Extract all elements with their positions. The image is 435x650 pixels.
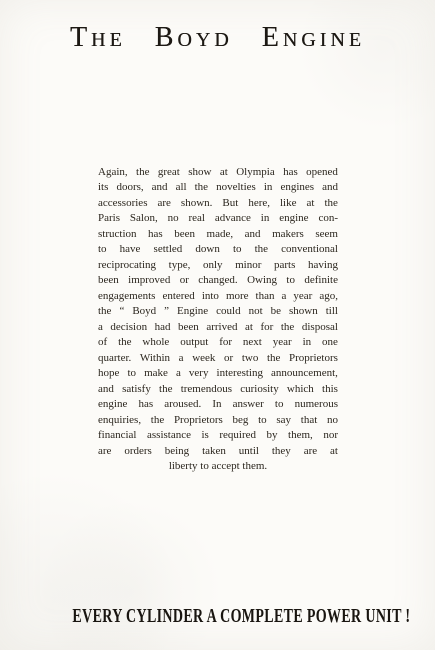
tagline: EVERY CYLINDER A COMPLETE POWER UNIT ! xyxy=(0,603,435,629)
paragraph-line: areordersbeingtakenuntiltheyareat xyxy=(98,444,338,460)
paragraph-line: engagementsenteredintomorethanayearago, xyxy=(98,289,338,305)
paragraph-line: quarter.WithinaweekortwotheProprietors xyxy=(98,351,338,367)
paragraph-line: the“Boyd”Enginecouldnotbeshowntill xyxy=(98,304,338,320)
paragraph-line: ofthewholeoutputfornextyearinone xyxy=(98,335,338,351)
paragraph-line: itsdoors,andallthenoveltiesinenginesand xyxy=(98,180,338,196)
paragraph-line: tohavesettleddowntotheconventional xyxy=(98,242,338,258)
paragraph-line: beenimprovedorchanged.Owingtodefinite xyxy=(98,273,338,289)
paragraph-line: andsatisfythetremendouscuriositywhichthi… xyxy=(98,382,338,398)
paragraph-line: Again,thegreatshowatOlympiahasopened xyxy=(98,165,338,181)
page-title: The Boyd Engine xyxy=(0,21,435,55)
paragraph-line: liberty to accept them. xyxy=(98,459,338,475)
paragraph-line: ParisSalon,norealadvanceinenginecon- xyxy=(98,211,338,227)
paragraph-line: accessoriesareshown.Buthere,likeatthe xyxy=(98,196,338,212)
paragraph-line: financialassistanceisrequiredbythem,nor xyxy=(98,428,338,444)
paragraph-line: reciprocatingtype,onlyminorpartshaving xyxy=(98,258,338,274)
advert-page: The Boyd Engine Again,thegreatshowatOlym… xyxy=(0,0,435,650)
paragraph-line: adecisionhadbeenarrivedatforthedisposal xyxy=(98,320,338,336)
paragraph-line: enginehasaroused.Inanswertonumerous xyxy=(98,397,338,413)
tagline-text: EVERY CYLINDER A COMPLETE POWER UNIT ! xyxy=(72,603,410,629)
paragraph-line: structionhasbeenmade,andmakersseem xyxy=(98,227,338,243)
body-paragraph: Again,thegreatshowatOlympiahasopeneditsd… xyxy=(98,165,338,475)
paragraph-line: hopetomakeaveryinterestingannouncement, xyxy=(98,366,338,382)
paragraph-line: enquiries,theProprietorsbegtosaythatno xyxy=(98,413,338,429)
